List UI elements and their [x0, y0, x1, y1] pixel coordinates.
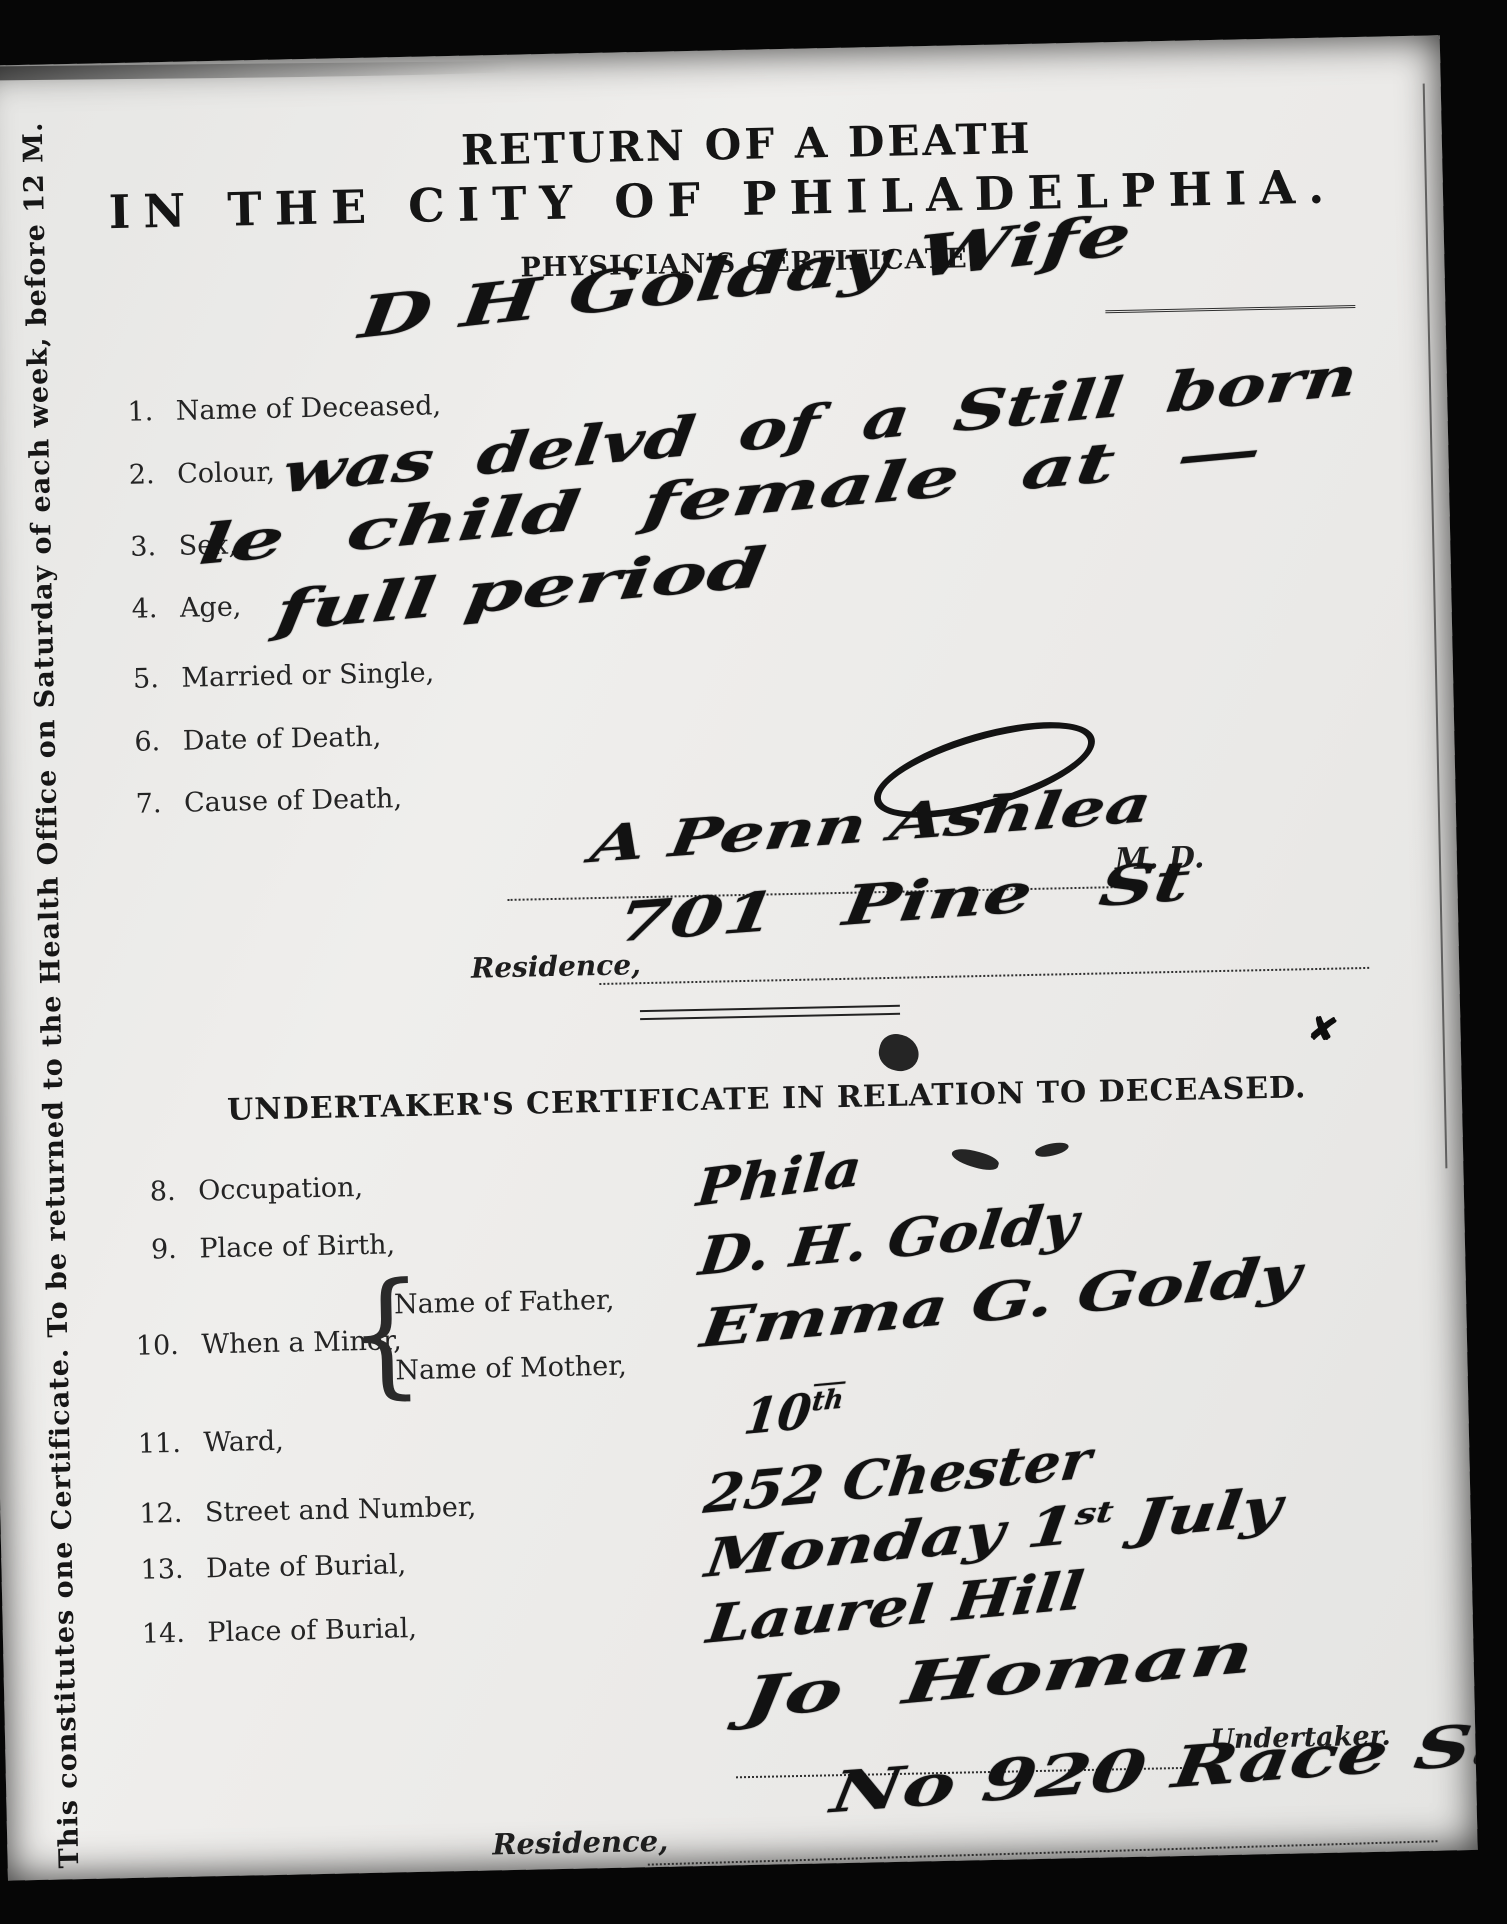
field-label: Ward,: [203, 1426, 284, 1459]
birth-place-value: Phila: [694, 1137, 864, 1218]
field-row-street-and-number: 12. Street and Number,: [136, 1492, 477, 1530]
physician-residence-line: [599, 967, 1369, 985]
ink-flick-2: [1034, 1140, 1070, 1159]
field-label: Age,: [180, 591, 242, 623]
field-row-married-or-single: 5. Married or Single,: [113, 657, 435, 695]
field-number: 6.: [114, 726, 161, 758]
ink-flick-1: [950, 1145, 1001, 1174]
certificate-paper: This constitutes one Certificate. To be …: [0, 35, 1478, 1880]
field-number: 9.: [131, 1234, 178, 1266]
field-number: 4.: [111, 593, 158, 625]
field-row-place-of-burial: 14. Place of Burial,: [139, 1613, 418, 1650]
ink-blot: [875, 1031, 922, 1076]
ward-ordinal-suffix: th: [810, 1383, 845, 1417]
field-number: 1.: [107, 396, 154, 428]
field-row-name-of-deceased: 1. Name of Deceased,: [107, 390, 441, 428]
field-row-date-of-burial: 13. Date of Burial,: [137, 1549, 406, 1586]
field-row-colour: 2. Colour,: [108, 457, 275, 491]
name-rule: [1105, 305, 1355, 313]
field-number: 5.: [113, 663, 160, 695]
ink-x-mark: ✘: [1305, 1008, 1340, 1053]
burial-date-rest: July: [1108, 1476, 1284, 1553]
ward-number: 10: [741, 1383, 814, 1446]
page-edge-line: [1423, 84, 1448, 1169]
field-number: 2.: [108, 459, 155, 491]
field-number: 12.: [136, 1498, 183, 1530]
field-row-age: 4. Age,: [111, 591, 242, 625]
burial-date-ordinal: st: [1073, 1494, 1115, 1532]
minor-brace: {: [347, 1252, 425, 1412]
page-curl-shadow: [0, 60, 610, 81]
undertaker-residence-line: [648, 1840, 1438, 1865]
field-number: 14.: [139, 1618, 186, 1650]
field-number: 7.: [115, 788, 162, 820]
undertaker-residence-value: No 920 Race St: [827, 1710, 1478, 1826]
side-margin-note: This constitutes one Certificate. To be …: [9, 122, 94, 1868]
field-row-ward: 11. Ward,: [135, 1426, 284, 1460]
field-row-cause-of-death: 7. Cause of Death,: [115, 783, 402, 820]
field-label: Cause of Death,: [184, 783, 403, 819]
field-label: Occupation,: [198, 1172, 363, 1206]
scanned-death-certificate: { "page": { "side_note": "This constitut…: [0, 0, 1507, 1924]
section-divider-rule: [640, 1005, 900, 1020]
field-number: 3.: [110, 531, 157, 563]
field-row-date-of-death: 6. Date of Death,: [114, 722, 382, 759]
mother-name-label: Name of Mother,: [395, 1351, 627, 1387]
undertaker-residence-label: Residence,: [492, 1824, 669, 1862]
field-label: Colour,: [177, 457, 275, 490]
field-label: Date of Death,: [182, 722, 381, 757]
field-number: 13.: [137, 1554, 184, 1586]
father-name-label: Name of Father,: [394, 1285, 615, 1321]
field-label: Street and Number,: [205, 1492, 477, 1529]
field-label: Place of Burial,: [207, 1613, 417, 1648]
field-label: Married or Single,: [181, 657, 434, 693]
field-number: 10.: [133, 1330, 180, 1362]
undertaker-certificate-heading: UNDERTAKER'S CERTIFICATE IN RELATION TO …: [222, 1070, 1312, 1128]
field-row-occupation: 8. Occupation,: [129, 1172, 363, 1208]
field-label: Name of Deceased,: [176, 390, 442, 427]
ward-value: 10th: [741, 1380, 846, 1446]
field-number: 8.: [129, 1176, 176, 1208]
field-number: 11.: [135, 1428, 182, 1460]
field-label: Date of Burial,: [206, 1549, 407, 1584]
